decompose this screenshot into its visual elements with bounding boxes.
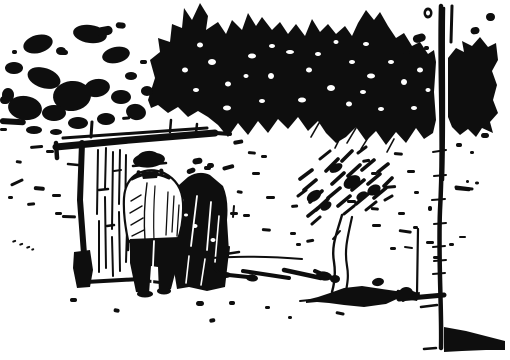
man-foot (157, 288, 171, 295)
sapling-trunk (332, 215, 352, 292)
pole-top-hook (424, 8, 433, 19)
sapling (298, 147, 421, 307)
ink-sketch-illustration (0, 0, 510, 360)
sketch-canvas (0, 0, 510, 360)
stone-marks-left (0, 96, 76, 251)
man-foot (137, 291, 153, 298)
ground-stone-marks (70, 298, 345, 323)
man-figure (124, 150, 183, 297)
man-trousers (130, 237, 180, 294)
pole-shadow-wedge (444, 327, 505, 352)
man-collar-shadow (141, 171, 159, 179)
man-hat (132, 150, 166, 169)
left-foliage-clusters (2, 23, 153, 135)
